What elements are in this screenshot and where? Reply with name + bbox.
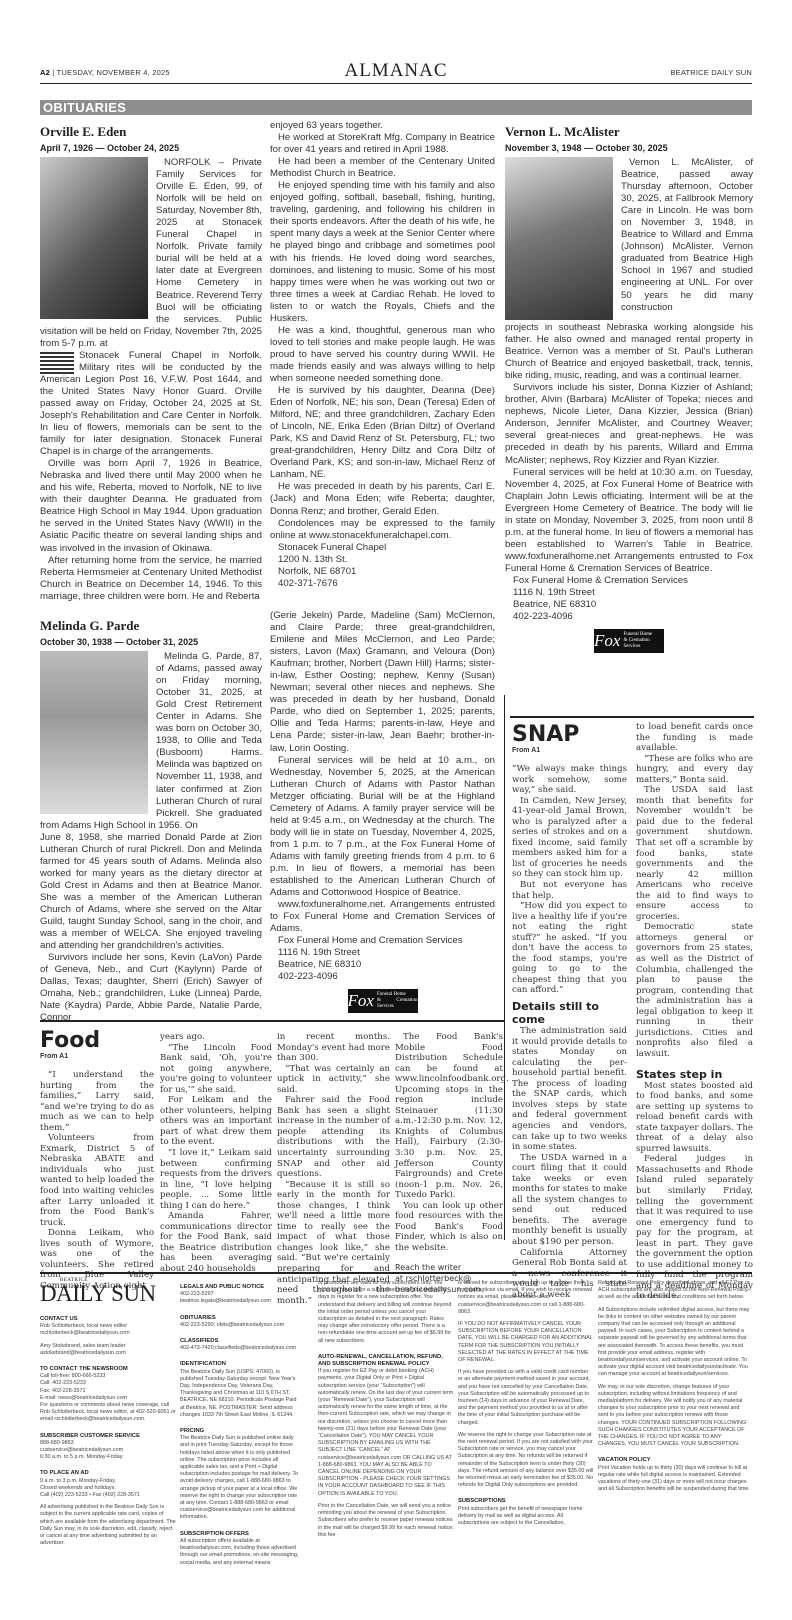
obit-text: Funeral services will be held at 10 a.m.… — [270, 755, 495, 900]
footer-text: 402-223-5290; obits@beatricedailysun.com — [180, 1322, 300, 1329]
footer-heading: SUBSCRIPTIONS — [458, 1498, 594, 1505]
food-story-col4: The Food Bank's Mobile Food Distribution… — [395, 1032, 503, 1295]
footer-heading: AUTO-RENEWAL, CANCELLATION, REFUND, AND … — [318, 1354, 454, 1368]
obit-name: Orville E. Eden — [40, 124, 262, 140]
footer-heading: CONTACT US — [40, 1316, 176, 1323]
footer-heading: TO PLACE AN AD — [40, 1470, 176, 1477]
footer-col-contacts: CONTACT USRob Schlotterbeck, local news … — [40, 1312, 176, 1547]
fox-funeral-home-logo: FoxFuneral Home& Cremation Services — [594, 629, 664, 653]
footer-heading: LEGALS AND PUBLIC NOTICE — [180, 1284, 300, 1291]
story-headline: Food — [40, 1028, 154, 1053]
story-text: “These are folks who are hungry, and eve… — [636, 754, 753, 786]
footer-text: All subscription offers available at bea… — [180, 1538, 300, 1567]
footer-heading: OBITUARIES — [180, 1315, 300, 1322]
obit-text: Condolences may be expressed to the fami… — [270, 518, 495, 542]
story-text: Volunteers from Exmark, District 5 of Ne… — [40, 1133, 154, 1228]
story-text: The Food Bank's Mobile Food Distribution… — [395, 1032, 503, 1201]
food-story-col2: years ago. “The Lincoln Food Bank said, … — [160, 1032, 272, 1275]
obit-text: Funeral services will be held at 10:30 a… — [505, 467, 753, 575]
footer-text: beatrice.legals@beatricedailysun.com — [180, 1298, 300, 1305]
footer-text: E-mail: news@beatricedailysun.com — [40, 1395, 176, 1402]
footer-text: 9 a.m. to 3 p.m. Monday-Friday. — [40, 1478, 176, 1485]
story-text: “How did you expect to live a healthy li… — [512, 901, 627, 996]
obit-text: Orville was born April 7, 1926 in Beatri… — [40, 458, 262, 554]
footer-text: Prior to the Cancellation Date, we will … — [318, 1503, 454, 1539]
fox-funeral-home-logo: FoxFuneral Home& Cremation Services — [348, 989, 418, 1013]
obit-dates: April 7, 1926 — October 24, 2025 — [40, 143, 262, 153]
obit-name: Melinda G. Parde — [40, 618, 262, 634]
footer-text: We reserve the right to change your Subs… — [458, 1432, 594, 1490]
obit-text: After returning home from the service, h… — [40, 555, 262, 603]
story-text: But not everyone has that help. — [512, 880, 627, 901]
obit-text: projects in southeast Nebraska working a… — [505, 322, 753, 382]
obit-text: He was preceded in death by his parents,… — [270, 481, 495, 517]
footer-heading: TO CONTACT THE NEWSROOM — [40, 1366, 176, 1373]
footer-col-policy-1: of promotion, are valid for new subscrib… — [318, 1280, 454, 1539]
obit-text: He was a kind, thoughtful, generous man … — [270, 325, 495, 385]
obit-dates: October 30, 1938 — October 31, 2025 — [40, 637, 262, 647]
footer-text: Refund and Renewal Policy described abov… — [598, 1280, 750, 1302]
story-headline: SNAP — [512, 722, 627, 747]
footer-heading: CLASSIFIEDS — [180, 1338, 300, 1345]
paper-name: BEATRICE DAILY SUN — [670, 68, 752, 77]
snap-top-rule — [510, 716, 754, 718]
story-text: in recent months. Monday's event had mor… — [277, 1032, 390, 1064]
footer-text: 402-473-7420;classifieds@beatricedailysu… — [180, 1345, 300, 1352]
jump-from: From A1 — [512, 747, 627, 754]
us-flag-icon — [40, 352, 74, 374]
portrait-photo — [40, 157, 148, 319]
footer-text: 6:30 a.m. to 5 p.m. Monday-Friday. — [40, 1454, 176, 1461]
story-text: The USDA warned in a court filing that i… — [512, 1153, 627, 1248]
story-text: Democratic state attorneys general or go… — [636, 922, 753, 1059]
footer-text: Closed weekends and holidays. — [40, 1485, 176, 1492]
footer-col-policy-3: Refund and Renewal Policy described abov… — [598, 1280, 750, 1493]
funeral-address: Stonacek Funeral Chapel1200 N. 13th St.N… — [270, 542, 495, 590]
footer-text: Call (402) 223-5233 • Fax (402) 228-3571 — [40, 1492, 176, 1499]
obit-name: Vernon L. McAlister — [505, 124, 753, 140]
story-text: “I love it,” Leikam said between confirm… — [160, 1148, 272, 1211]
footer-text: 402-223-5297 — [180, 1291, 300, 1298]
subhead: Details still to come — [512, 1000, 627, 1026]
funeral-address: Fox Funeral Home and Cremation Services1… — [270, 935, 495, 983]
footer-text: We may, in our sole discretion, change f… — [598, 1384, 750, 1449]
story-text: “I understand the hurting from the famil… — [40, 1070, 154, 1133]
footer-text: custservice@beatricedailysun.com — [40, 1447, 176, 1454]
story-text: The administration said it would provide… — [512, 1026, 627, 1153]
obit-text: Survivors include her sons, Kevin (LaVon… — [40, 952, 262, 1024]
footer-text: Amy Stokebrand, sales team leader — [40, 1343, 176, 1350]
masthead-logo: BEATRICE DAILY SUN — [40, 1278, 174, 1305]
footer-text: 888-680-9863 — [40, 1440, 176, 1447]
story-text: “That was certainly an uptick in activit… — [277, 1064, 390, 1096]
footer-heading: IDENTIFICATION — [180, 1361, 300, 1368]
footer-col-policy-2: is waived for subscribers who sign up to… — [458, 1280, 594, 1527]
obit-mcalister: Vernon L. McAlister November 3, 1948 — O… — [505, 124, 753, 653]
story-text: Amanda Fahrer, communications director f… — [160, 1211, 272, 1274]
food-story-col3: in recent months. Monday's event had mor… — [277, 1032, 390, 1306]
obit-text: (Gerie Jekeln) Parde, Madeline (Sam) McC… — [270, 610, 495, 755]
obit-text: enjoyed 63 years together. — [270, 120, 495, 132]
footer-rule — [40, 1272, 752, 1274]
footer-text: Print Vacation holds up to thirty (30) d… — [598, 1465, 750, 1494]
footer-text: Call toll-free: 800-666-5233 — [40, 1373, 176, 1380]
footer-col-info: LEGALS AND PUBLIC NOTICE402-223-5297beat… — [180, 1280, 300, 1567]
footer-heading: SUBSCRIBER CUSTOMER SERVICE — [40, 1433, 176, 1440]
story-text: You can look up other food resources wit… — [395, 1201, 503, 1254]
food-top-rule — [40, 1020, 504, 1022]
obit-eden: Orville E. Eden April 7, 1926 — October … — [40, 124, 262, 603]
funeral-address: Fox Funeral Home & Cremation Services111… — [505, 575, 753, 623]
footer-text: Rob Schlotterbeck, local news editor — [40, 1323, 176, 1330]
footer-heading: VACATION POLICY — [598, 1457, 750, 1464]
story-text: The USDA said last month that benefits f… — [636, 785, 753, 922]
jump-from: From A1 — [40, 1053, 154, 1060]
portrait-photo — [505, 157, 613, 320]
footer-text: The Beatrice Daily Sun is published onli… — [180, 1435, 300, 1521]
footer-text: astokebrand@beatricedailysun.com — [40, 1350, 176, 1357]
footer-text: Fax: 402-228-3571 — [40, 1388, 176, 1395]
obit-parde-cont: (Gerie Jekeln) Parde, Madeline (Sam) McC… — [270, 610, 495, 1013]
footer-text: If you register for EZ Pay or debit bank… — [318, 1368, 454, 1498]
footer-text: All Subscriptions include unlimited digi… — [598, 1307, 750, 1379]
obit-text: He enjoyed spending time with his family… — [270, 180, 495, 325]
obit-text: He had been a member of the Centenary Un… — [270, 156, 495, 180]
food-story-col1: Food From A1 “I understand the hurting f… — [40, 1028, 154, 1291]
footer-text: IF YOU DO NOT AFFIRMATIVELY CANCEL YOUR … — [458, 1321, 594, 1364]
snap-divider — [504, 695, 505, 1240]
footer-text: rschlotterbeck@beatricedailysun.com — [40, 1330, 176, 1337]
obit-parde: Melinda G. Parde October 30, 1938 — Octo… — [40, 618, 262, 1024]
footer-text: Print subscribers get the benefit of new… — [458, 1506, 594, 1528]
obit-text: www.foxfuneralhome.net. Arrangements ent… — [270, 899, 495, 935]
story-text: In Camden, New Jersey, 41-year-old Jamal… — [512, 796, 627, 880]
story-text: For Leikam and the other volunteers, hel… — [160, 1095, 272, 1148]
obit-dates: November 3, 1948 — October 30, 2025 — [505, 143, 753, 153]
story-text: Fahrer said the Food Bank has seen a sli… — [277, 1095, 390, 1179]
footer-text: is waived for subscribers who sign up to… — [458, 1280, 594, 1316]
footer-text: If you have provided us with a valid cre… — [458, 1369, 594, 1427]
obit-eden-cont: enjoyed 63 years together. He worked at … — [270, 120, 495, 590]
story-text: to load benefit cards once the funding i… — [636, 722, 753, 754]
footer-text: of promotion, are valid for new subscrib… — [318, 1280, 454, 1345]
story-text: Most states boosted aid to food banks, a… — [636, 1081, 753, 1155]
story-text: “We always make things work somehow, som… — [512, 764, 627, 796]
snap-story-col1: SNAP From A1 “We always make things work… — [512, 722, 627, 1300]
obit-text: Survivors include his sister, Donna Kizz… — [505, 382, 753, 466]
header-rule — [40, 83, 752, 84]
obit-text: He is survived by his daughter, Deanna (… — [270, 385, 495, 481]
snap-story-col2: to load benefit cards once the funding i… — [636, 722, 753, 1302]
obit-text: June 8, 1958, she married Donald Parde a… — [40, 832, 262, 952]
subhead: States step in — [636, 1068, 753, 1081]
story-text: years ago. — [160, 1032, 272, 1043]
obit-text: He worked at StoreKraft Mfg. Company in … — [270, 132, 495, 156]
footer-heading: SUBSCRIPTION OFFERS — [180, 1531, 300, 1538]
footer-heading: PRICING — [180, 1428, 300, 1435]
portrait-photo — [40, 651, 148, 814]
footer-text: The Beatrice Daily Sun (USPS: 47060), is… — [180, 1369, 300, 1419]
footer-text: Call: 402-223-5233 — [40, 1380, 176, 1387]
story-text: “The Lincoln Food Bank said, ‘Oh, you're… — [160, 1043, 272, 1096]
footer-text: All advertising published in the Beatric… — [40, 1504, 176, 1547]
footer-text: For questions or comments about news cov… — [40, 1402, 176, 1424]
obituaries-band: OBITUARIES — [40, 100, 752, 115]
